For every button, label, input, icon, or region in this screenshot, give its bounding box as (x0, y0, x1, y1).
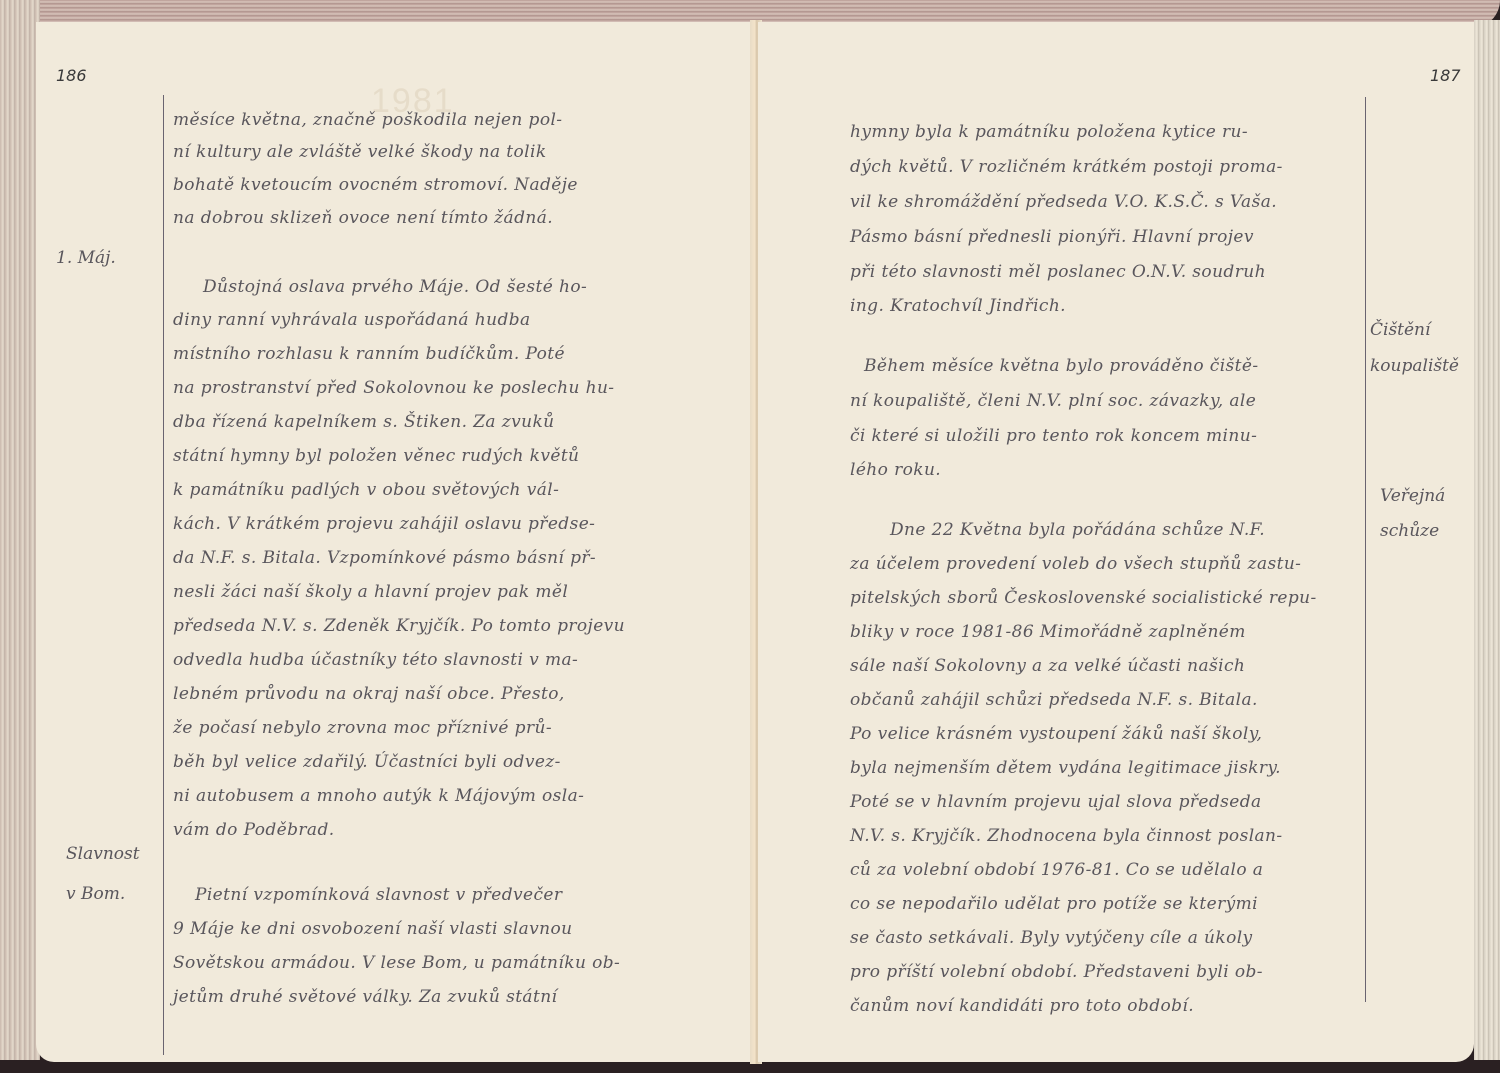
text-line: lého roku. (850, 460, 941, 480)
text-line: ní kultury ale zvláště velké škody na to… (173, 142, 547, 162)
text-line: ců za volební období 1976-81. Co se uděl… (850, 860, 1263, 880)
margin-note-verejna: Veřejná (1380, 486, 1445, 506)
text-line: k památníku padlých v obou světových vál… (173, 480, 559, 500)
open-ledger-book: 186 1981 1. Máj. Slavnost v Bom. měsíce … (0, 0, 1500, 1066)
text-line: bliky v roce 1981-86 Mimořádně zaplněném (850, 622, 1246, 642)
text-line: co se nepodařilo udělat pro potíže se kt… (850, 894, 1258, 914)
text-line: Po velice krásném vystoupení žáků naší š… (850, 724, 1262, 744)
text-line: na dobrou sklizeň ovoce není tímto žádná… (173, 208, 553, 228)
page-edges-right (1474, 20, 1500, 1060)
text-line: na prostranství před Sokolovnou ke posle… (173, 378, 614, 398)
text-line: předseda N.V. s. Zdeněk Kryjčík. Po tomt… (173, 616, 625, 636)
text-line: ing. Kratochvíl Jindřich. (850, 296, 1066, 316)
margin-rule-left (163, 95, 164, 1055)
text-line: Pietní vzpomínková slavnost v předvečer (195, 885, 562, 905)
margin-note-1-maj: 1. Máj. (56, 248, 116, 268)
text-line: se často setkávali. Byly vytýčeny cíle a… (850, 928, 1253, 948)
text-line: dých květů. V rozličném krátkém postoji … (850, 157, 1283, 177)
text-line: ní koupaliště, členi N.V. plní soc. záva… (850, 391, 1256, 411)
text-line: lebném průvodu na okraj naší obce. Přest… (173, 684, 565, 704)
text-line: byla nejmenším dětem vydána legitimace j… (850, 758, 1281, 778)
page-edges-left (0, 0, 40, 1060)
text-line: pro příští volební období. Představeni b… (850, 962, 1263, 982)
text-line: Během měsíce května bylo prováděno čiště… (864, 356, 1259, 376)
text-line: odvedla hudba účastníky této slavnosti v… (173, 650, 578, 670)
text-line: da N.F. s. Bitala. Vzpomínkové pásmo bás… (173, 548, 596, 568)
text-line: státní hymny byl položen věnec rudých kv… (173, 446, 579, 466)
text-line: bohatě kvetoucím ovocném stromoví. Naděj… (173, 175, 578, 195)
text-line: diny ranní vyhrávala uspořádaná hudba (173, 310, 531, 330)
text-line: běh byl velice zdařilý. Účastníci byli o… (173, 752, 561, 772)
text-line: vám do Poděbrad. (173, 820, 335, 840)
text-line: 9 Máje ke dni osvobození naší vlasti sla… (173, 919, 573, 939)
text-line: kách. V krátkém projevu zahájil oslavu p… (173, 514, 595, 534)
margin-rule-right (1365, 97, 1366, 1002)
margin-note-schuze: schůze (1380, 521, 1439, 541)
page-number-left: 186 (56, 66, 87, 85)
text-line: N.V. s. Kryjčík. Zhodnocena byla činnost… (850, 826, 1283, 846)
text-line: Poté se v hlavním projevu ujal slova pře… (850, 792, 1262, 812)
text-line: za účelem provedení voleb do všech stupň… (850, 554, 1301, 574)
text-line: jetům druhé světové války. Za zvuků stát… (173, 987, 557, 1007)
page-number-right: 187 (1430, 66, 1461, 85)
right-page: 187 Čištění koupaliště Veřejná schůze hy… (758, 22, 1474, 1062)
text-line: pitelských sborů Československé socialis… (850, 588, 1317, 608)
text-line: že počasí nebylo zrovna moc příznivé prů… (173, 718, 552, 738)
text-line: Sovětskou armádou. V lese Bom, u památní… (173, 953, 620, 973)
text-line: místního rozhlasu k ranním budíčkům. Pot… (173, 344, 565, 364)
text-line: hymny byla k památníku položena kytice r… (850, 122, 1248, 142)
text-line: vil ke shromáždění předseda V.O. K.S.Č. … (850, 192, 1277, 212)
text-line: měsíce května, značně poškodila nejen po… (173, 110, 562, 130)
text-line: Dne 22 Května byla pořádána schůze N.F. (890, 520, 1265, 540)
margin-note-v-bom: v Bom. (66, 884, 125, 904)
text-line: čanům noví kandidáti pro toto období. (850, 996, 1194, 1016)
text-line: dba řízená kapelníkem s. Štiken. Za zvuk… (173, 412, 555, 432)
text-line: ni autobusem a mnoho autýk k Májovým osl… (173, 786, 584, 806)
text-line: občanů zahájil schůzi předseda N.F. s. B… (850, 690, 1258, 710)
margin-note-koupaliste: koupaliště (1370, 356, 1459, 376)
text-line: při této slavnosti měl poslanec O.N.V. s… (850, 262, 1266, 282)
left-page: 186 1981 1. Máj. Slavnost v Bom. měsíce … (36, 22, 754, 1062)
margin-note-slavnost: Slavnost (66, 844, 140, 864)
text-line: Pásmo básní přednesli pionýři. Hlavní pr… (850, 227, 1254, 247)
text-line: či které si uložili pro tento rok koncem… (850, 426, 1257, 446)
margin-note-cisteni: Čištění (1370, 320, 1430, 340)
text-line: Důstojná oslava prvého Máje. Od šesté ho… (203, 277, 587, 297)
text-line: sále naší Sokolovny a za velké účasti na… (850, 656, 1245, 676)
text-line: nesli žáci naší školy a hlavní projev pa… (173, 582, 568, 602)
